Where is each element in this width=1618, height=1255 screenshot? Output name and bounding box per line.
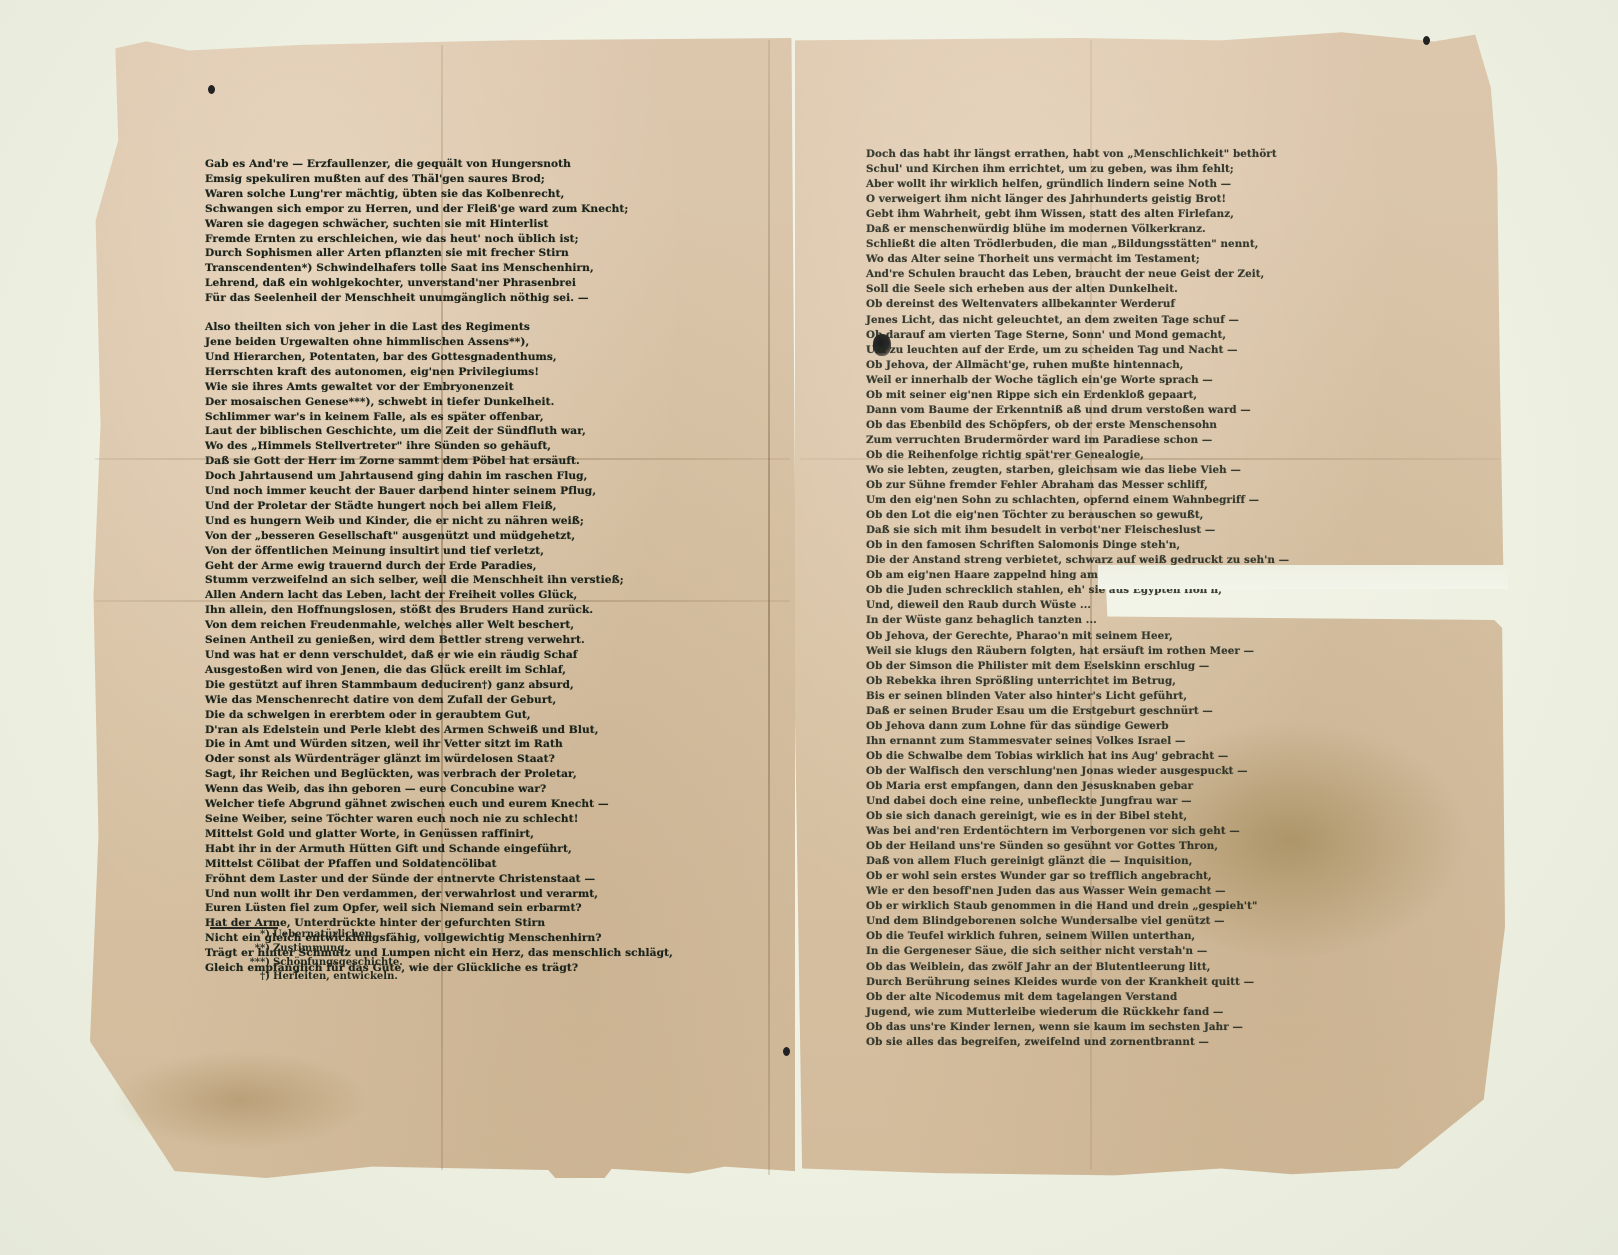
water-stain-left-bottom	[110, 1050, 370, 1150]
verse-line: Bis er seinen blinden Vater also hinter'…	[866, 689, 1289, 704]
stanza-2: Also theilten sich von jeher in die Last…	[205, 320, 673, 976]
verse-line: Emsig spekuliren mußten auf des Thäl'gen…	[205, 172, 673, 187]
verse-line: Sagt, ihr Reichen und Beglückten, was ve…	[205, 767, 673, 782]
verse-line: Mittelst Cölibat der Pfaffen und Soldate…	[205, 857, 673, 872]
verse-line: Allen Andern lacht das Leben, lacht der …	[205, 588, 673, 603]
verse-line: Schließt die alten Trödlerbuden, die man…	[866, 237, 1289, 252]
verse-line: Ob Maria erst empfangen, dann den Jesusk…	[866, 779, 1289, 794]
verse-line: Ihn allein, den Hoffnungslosen, stößt de…	[205, 603, 673, 618]
pin-hole-left-top	[208, 85, 215, 94]
verse-line: Daß von allem Fluch gereinigt glänzt die…	[866, 854, 1289, 869]
verse-line: Seine Weiber, seine Töchter waren euch n…	[205, 812, 673, 827]
verse-line: Wie sie ihres Amts gewaltet vor der Embr…	[205, 380, 673, 395]
verse-line: Wo sie lebten, zeugten, starben, gleichs…	[866, 463, 1289, 478]
verse-line: Wie er den besoff'nen Juden das aus Wass…	[866, 884, 1289, 899]
verse-line: Daß er seinen Bruder Esau um die Erstgeb…	[866, 704, 1289, 719]
verse-line: Ob das uns're Kinder lernen, wenn sie ka…	[866, 1020, 1289, 1035]
verse-line: Ob das Weiblein, das zwölf Jahr an der B…	[866, 960, 1289, 975]
verse-line: Durch Berührung seines Kleides wurde von…	[866, 975, 1289, 990]
verse-line: Zum verruchten Brudermörder ward im Para…	[866, 433, 1289, 448]
verse-line: Die gestützt auf ihren Stammbaum deducir…	[205, 678, 673, 693]
footnote-text: Zustimmung.	[273, 943, 348, 954]
verse-line: Fremde Ernten zu erschleichen, wie das h…	[205, 232, 673, 247]
verse-line: Schul' und Kirchen ihm errichtet, um zu …	[866, 162, 1289, 177]
verse-line: Seinen Antheil zu genießen, wird dem Bet…	[205, 633, 673, 648]
verse-line: Schwangen sich empor zu Herren, und der …	[205, 202, 673, 217]
verse-line: Was bei and'ren Erdentöchtern im Verborg…	[866, 824, 1289, 839]
verse-line: Jugend, wie zum Mutterleibe wiederum die…	[866, 1005, 1289, 1020]
verse-line: Ob darauf am vierten Tage Sterne, Sonn' …	[866, 328, 1289, 343]
verse-line: Wo des „Himmels Stellvertreter" ihre Sün…	[205, 439, 673, 454]
verse-line: Ob sie sich danach gereinigt, wie es in …	[866, 809, 1289, 824]
verse-line: Aber wollt ihr wirklich helfen, gründlic…	[866, 177, 1289, 192]
verse-line: Transcendenten*) Schwindelhafers tolle S…	[205, 261, 673, 276]
verse-line: Und was hat er denn verschuldet, daß er …	[205, 648, 673, 663]
verse-line: Um zu leuchten auf der Erde, um zu schei…	[866, 343, 1289, 358]
verse-line: Also theilten sich von jeher in die Last…	[205, 320, 673, 335]
verse-line: And're Schulen braucht das Leben, brauch…	[866, 267, 1289, 282]
footnote-mark: **)	[240, 942, 270, 956]
verse-line: Ob mit seiner eig'nen Rippe sich ein Erd…	[866, 388, 1289, 403]
verse-line: Dann vom Baume der Erkenntniß aß und dru…	[866, 403, 1289, 418]
verse-line: D'ran als Edelstein und Perle klebt des …	[205, 723, 673, 738]
footnote-mark: ***)	[240, 956, 270, 970]
verse-line: Weil er innerhalb der Woche täglich ein'…	[866, 373, 1289, 388]
verse-line: Durch Sophismen aller Arten pflanzten si…	[205, 246, 673, 261]
verse-line: Und dem Blindgeborenen solche Wundersalb…	[866, 914, 1289, 929]
footnote-text: Uebernatürlichen.	[273, 929, 376, 940]
stanza-gap	[205, 306, 673, 320]
footnote: ***)Schöpfungsgeschichte.	[240, 956, 403, 970]
verse-line: Schlimmer war's in keinem Falle, als es …	[205, 410, 673, 425]
verse-line: Laut der biblischen Geschichte, um die Z…	[205, 424, 673, 439]
verse-line: Ausgestoßen wird von Jenen, die das Glüc…	[205, 663, 673, 678]
verse-line: Und Hierarchen, Potentaten, bar des Gott…	[205, 350, 673, 365]
verse-line: Und noch immer keucht der Bauer darbend …	[205, 484, 673, 499]
center-spine-fold	[768, 40, 770, 1175]
verse-line: Soll die Seele sich erheben aus der alte…	[866, 282, 1289, 297]
verse-line: Mittelst Gold und glatter Worte, in Genü…	[205, 827, 673, 842]
verse-line: Weil sie klugs den Räubern folgten, hat …	[866, 644, 1289, 659]
verse-line: Ob er wirklich Staub genommen in die Han…	[866, 899, 1289, 914]
verse-line: Ob Jehova, der Gerechte, Pharao'n mit se…	[866, 629, 1289, 644]
footnote-text: Herleiten, entwickeln.	[273, 971, 398, 982]
verse-line: In der Wüste ganz behaglich tanzten ...	[866, 613, 1289, 628]
stanza-1: Gab es And're — Erzfaullenzer, die gequä…	[205, 157, 673, 306]
verse-line: Ob das Ebenbild des Schöpfers, ob der er…	[866, 418, 1289, 433]
verse-line: Daß sie Gott der Herr im Zorne sammt dem…	[205, 454, 673, 469]
verse-line: Ob der Simson die Philister mit dem Esel…	[866, 659, 1289, 674]
verse-line: In die Gergeneser Säue, die sich seither…	[866, 944, 1289, 959]
verse-line: Ob sie alles das begreifen, zweifelnd un…	[866, 1035, 1289, 1050]
footnote-mark: *)	[240, 928, 270, 942]
verse-line: O verweigert ihm nicht länger des Jahrhu…	[866, 192, 1289, 207]
verse-line: Euren Lüsten fiel zum Opfer, weil sich N…	[205, 901, 673, 916]
verse-line: Und nun wollt ihr Den verdammen, der ver…	[205, 887, 673, 902]
verse-line: Wo das Alter seine Thorheit uns vermacht…	[866, 252, 1289, 267]
footnote-mark: †)	[240, 970, 270, 984]
verse-line: Ihn ernannt zum Stammesvater seines Volk…	[866, 734, 1289, 749]
torn-gap-right-page	[1098, 565, 1508, 589]
footnote: †)Herleiten, entwickeln.	[240, 970, 403, 984]
verse-line: Für das Seelenheil der Menschheit unumgä…	[205, 291, 673, 306]
verse-line: Doch Jahrtausend um Jahrtausend ging dah…	[205, 469, 673, 484]
verse-line: Von der öffentlichen Meinung insultirt u…	[205, 544, 673, 559]
verse-line: Ob die Teufel wirklich fuhren, seinem Wi…	[866, 929, 1289, 944]
right-page-text: Doch das habt ihr längst errathen, habt …	[866, 147, 1289, 1050]
verse-line: Ob die Reihenfolge richtig spät'rer Gene…	[866, 448, 1289, 463]
verse-line: Und dabei doch eine reine, unbefleckte J…	[866, 794, 1289, 809]
verse-line: Daß er menschenwürdig blühe im modernen …	[866, 222, 1289, 237]
verse-line: Der mosaischen Genese***), schwebt in ti…	[205, 395, 673, 410]
verse-line: Und, dieweil den Raub durch Wüste ...	[866, 598, 1289, 613]
left-page-text: Gab es And're — Erzfaullenzer, die gequä…	[205, 157, 673, 976]
footnote: *)Uebernatürlichen.	[240, 928, 403, 942]
pin-hole-right-top	[1423, 36, 1430, 45]
verse-line: Und der Proletar der Städte hungert noch…	[205, 499, 673, 514]
footnote-text: Schöpfungsgeschichte.	[273, 957, 403, 968]
verse-line: Um den eig'nen Sohn zu schlachten, opfer…	[866, 493, 1289, 508]
verse-line: Oder sonst als Würdenträger glänzt im wü…	[205, 752, 673, 767]
verse-line: Ob er wohl sein erstes Wunder gar so tre…	[866, 869, 1289, 884]
verse-line: Von dem reichen Freudenmahle, welches al…	[205, 618, 673, 633]
verse-line: Jene beiden Urgewalten ohne himmlischen …	[205, 335, 673, 350]
verse-line: Lehrend, daß ein wohlgekochter, unversta…	[205, 276, 673, 291]
verse-line: Ob in den famosen Schriften Salomonis Di…	[866, 538, 1289, 553]
verse-line: Jenes Licht, das nicht geleuchtet, an de…	[866, 313, 1289, 328]
verse-line: Wenn das Weib, das ihn geboren — eure Co…	[205, 782, 673, 797]
verse-line: Ob dereinst des Weltenvaters allbekannte…	[866, 297, 1289, 312]
verse-line: Die da schwelgen in ererbtem oder in ger…	[205, 708, 673, 723]
verse-line: Habt ihr in der Armuth Hütten Gift und S…	[205, 842, 673, 857]
verse-line: Ob der Walfisch den verschlung'nen Jonas…	[866, 764, 1289, 779]
verse-line: Ob Jehova, der Allmächt'ge, ruhen mußte …	[866, 358, 1289, 373]
verse-line: Von der „besseren Gesellschaft" ausgenüt…	[205, 529, 673, 544]
verse-line: Wie das Menschenrecht datire von dem Zuf…	[205, 693, 673, 708]
footnotes: *)Uebernatürlichen. **)Zustimmung. ***)S…	[240, 928, 403, 984]
verse-line: Daß sie sich mit ihm besudelt in verbot'…	[866, 523, 1289, 538]
verse-line: Und es hungern Weib und Kinder, die er n…	[205, 514, 673, 529]
verse-line: Ob Rebekka ihren Sprößling unterrichtet …	[866, 674, 1289, 689]
verse-line: Die in Amt und Würden sitzen, weil ihr V…	[205, 737, 673, 752]
verse-line: Waren sie dagegen schwächer, suchten sie…	[205, 217, 673, 232]
verse-line: Ob die Schwalbe dem Tobias wirklich hat …	[866, 749, 1289, 764]
pin-hole-center-bottom	[783, 1047, 790, 1056]
verse-line: Ob der alte Nicodemus mit dem tagelangen…	[866, 990, 1289, 1005]
footnote: **)Zustimmung.	[240, 942, 403, 956]
verse-line: Welcher tiefe Abgrund gähnet zwischen eu…	[205, 797, 673, 812]
verse-line: Geht der Arme ewig trauernd durch der Er…	[205, 559, 673, 574]
verse-line: Herrschten kraft des autonomen, eig'nen …	[205, 365, 673, 380]
verse-line: Gab es And're — Erzfaullenzer, die gequä…	[205, 157, 673, 172]
verse-line: Ob der Heiland uns're Sünden so gesühnt …	[866, 839, 1289, 854]
verse-line: Ob Jehova dann zum Lohne für das sündige…	[866, 719, 1289, 734]
verse-line: Gebt ihm Wahrheit, gebt ihm Wissen, stat…	[866, 207, 1289, 222]
verse-line: Stumm verzweifelnd an sich selber, weil …	[205, 573, 673, 588]
verse-line: Fröhnt dem Laster und der Sünde der entn…	[205, 872, 673, 887]
verse-line: Ob den Lot die eig'nen Töchter zu beraus…	[866, 508, 1289, 523]
verse-line: Doch das habt ihr längst errathen, habt …	[866, 147, 1289, 162]
verse-line: Waren solche Lung'rer mächtig, übten sie…	[205, 187, 673, 202]
verse-line: Ob zur Sühne fremder Fehler Abraham das …	[866, 478, 1289, 493]
